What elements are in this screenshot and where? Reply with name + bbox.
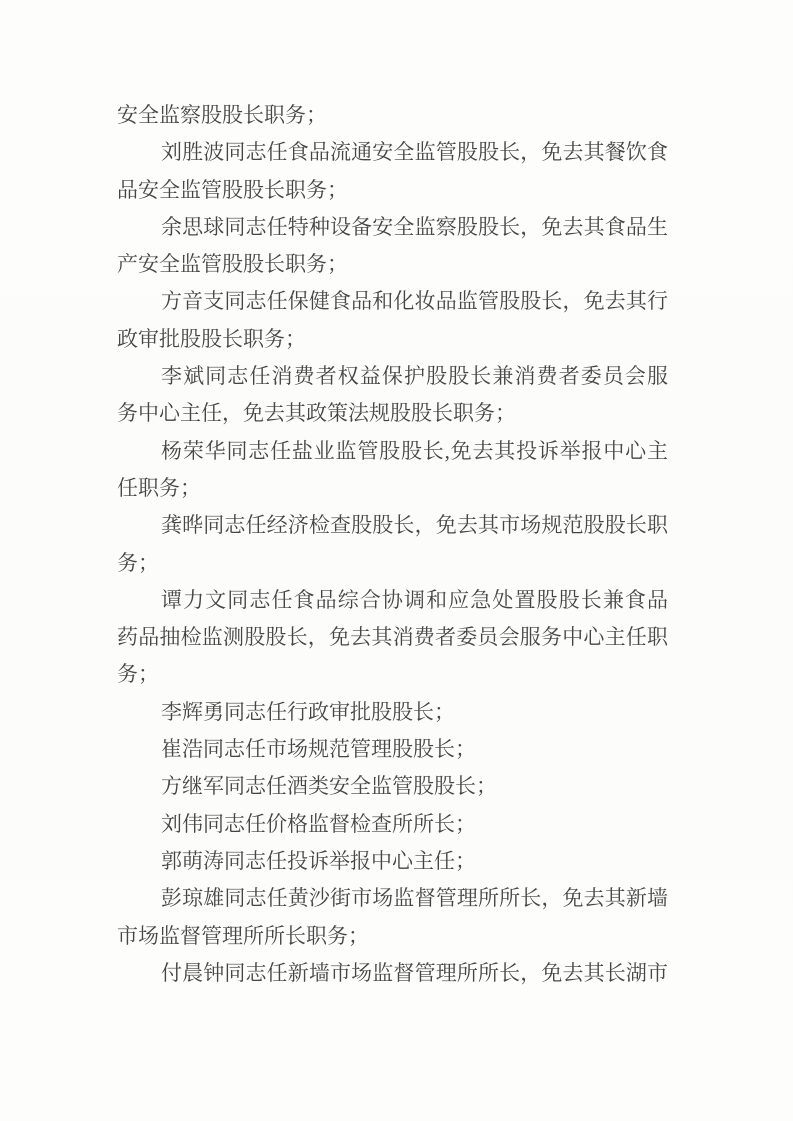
text-line: 谭力文同志任食品综合协调和应急处置股股长兼食品 xyxy=(117,582,668,619)
text-line: 品安全监管股股长职务； xyxy=(117,172,668,209)
screenshot-root: { "page": { "kind": "scanned-official-no… xyxy=(0,0,793,1121)
text-line: 方继军同志任酒类安全监管股股长； xyxy=(117,768,668,805)
text-line: 政审批股股长职务； xyxy=(117,321,668,358)
text-line: 付晨钟同志任新墙市场监督管理所所长，免去其长湖市 xyxy=(117,955,668,992)
text-line: 务； xyxy=(117,545,668,582)
text-line: 产安全监管股股长职务； xyxy=(117,246,668,283)
text-line: 刘胜波同志任食品流通安全监管股股长，免去其餐饮食 xyxy=(117,134,668,171)
text-line: 彭琼雄同志任黄沙街市场监督管理所所长，免去其新墙 xyxy=(117,880,668,917)
text-line: 郭萌涛同志任投诉举报中心主任； xyxy=(117,843,668,880)
text-line: 市场监督管理所所长职务； xyxy=(117,918,668,955)
text-line: 杨荣华同志任盐业监管股股长,免去其投诉举报中心主 xyxy=(117,433,668,470)
text-line: 刘伟同志任价格监督检查所所长； xyxy=(117,806,668,843)
text-line: 崔浩同志任市场规范管理股股长； xyxy=(117,731,668,768)
document-text-block: 安全监察股股长职务；刘胜波同志任食品流通安全监管股股长，免去其餐饮食品安全监管股… xyxy=(117,97,668,992)
document-page: 安全监察股股长职务；刘胜波同志任食品流通安全监管股股长，免去其餐饮食品安全监管股… xyxy=(0,0,793,1121)
text-line: 安全监察股股长职务； xyxy=(117,97,668,134)
text-line: 李斌同志任消费者权益保护股股长兼消费者委员会服 xyxy=(117,358,668,395)
text-line: 余思球同志任特种设备安全监察股股长，免去其食品生 xyxy=(117,209,668,246)
text-line: 龚晔同志任经济检查股股长，免去其市场规范股股长职 xyxy=(117,507,668,544)
text-line: 任职务； xyxy=(117,470,668,507)
text-line: 药品抽检监测股股长，免去其消费者委员会服务中心主任职 xyxy=(117,619,668,656)
text-line: 方音支同志任保健食品和化妆品监管股股长，免去其行 xyxy=(117,283,668,320)
text-line: 务； xyxy=(117,656,668,693)
text-line: 务中心主任，免去其政策法规股股长职务； xyxy=(117,395,668,432)
text-line: 李辉勇同志任行政审批股股长； xyxy=(117,694,668,731)
